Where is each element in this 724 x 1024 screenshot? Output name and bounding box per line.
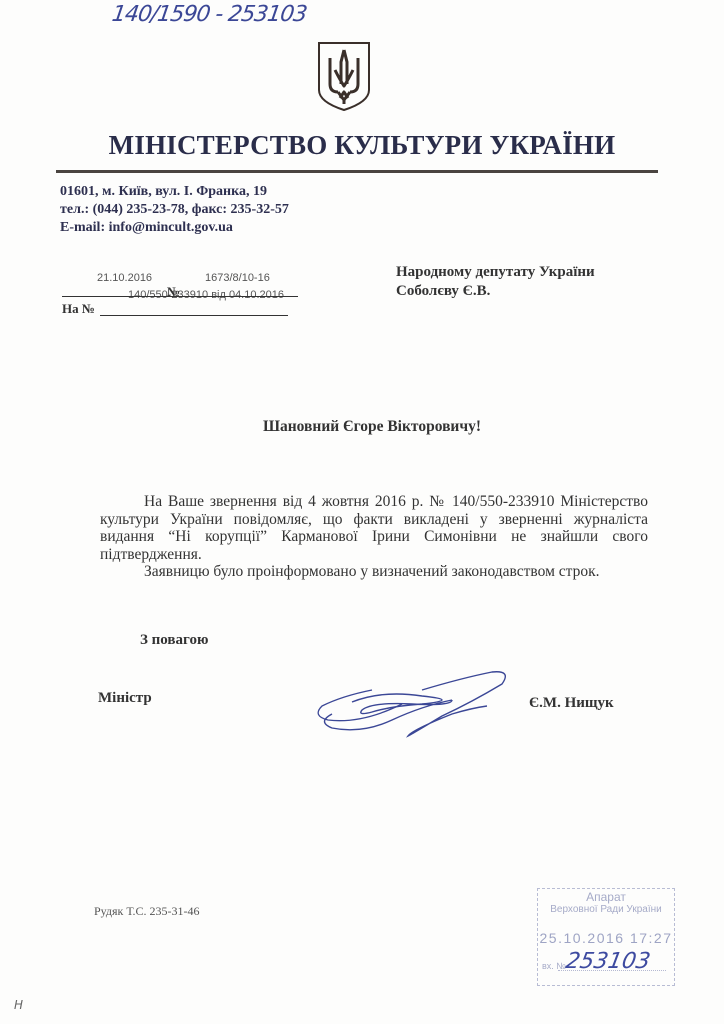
stamp-datetime: 25.10.2016 17:27 (538, 930, 674, 946)
executor-contact: Рудяк Т.С. 235-31-46 (94, 904, 200, 919)
phone-line: тел.: (044) 235-23-78, факс: 235-32-57 (60, 201, 289, 219)
ministry-name: МІНІСТЕРСТВО КУЛЬТУРИ УКРАЇНИ (0, 130, 724, 161)
registration-date: 21.10.2016 (97, 272, 152, 284)
handwritten-reference: 140/1590 - 253103 (110, 2, 308, 27)
recipient-name: Соболєву Є.В. (396, 283, 490, 300)
signer-name: Є.М. Нищук (529, 695, 614, 712)
body-paragraph: Заявницю було проінформовано у визначени… (100, 563, 648, 581)
letter-body: На Ваше звернення від 4 жовтня 2016 р. №… (100, 493, 648, 581)
stamp-line2: Верховної Ради України (538, 904, 674, 915)
header-divider (56, 170, 658, 173)
corner-mark: Н (14, 998, 23, 1012)
on-number-label: На № (62, 301, 95, 317)
salutation: Шановний Єгоре Вікторовичу! (0, 418, 724, 436)
stamp-line1: Апарат (538, 890, 674, 904)
reference-number: 140/550-233910 від 04.10.2016 (128, 289, 284, 301)
signature-icon (312, 660, 522, 740)
registration-stamp: Апарат Верховної Ради України 25.10.2016… (537, 888, 675, 986)
signer-title: Міністр (98, 690, 152, 707)
body-paragraph: На Ваше звернення від 4 жовтня 2016 р. №… (100, 493, 648, 563)
outgoing-number: 1673/8/10-16 (205, 272, 270, 284)
number-sign: № (167, 284, 180, 300)
stamp-handwritten-number: 253103 (564, 949, 652, 974)
on-number-underline (100, 315, 288, 316)
address-line: 01601, м. Київ, вул. І. Франка, 19 (60, 183, 267, 201)
closing-regards: З повагою (140, 632, 208, 649)
email-line: E-mail: info@mincult.gov.ua (60, 219, 233, 237)
coat-of-arms-icon (316, 40, 372, 113)
recipient-title: Народному депутату України (396, 264, 595, 281)
